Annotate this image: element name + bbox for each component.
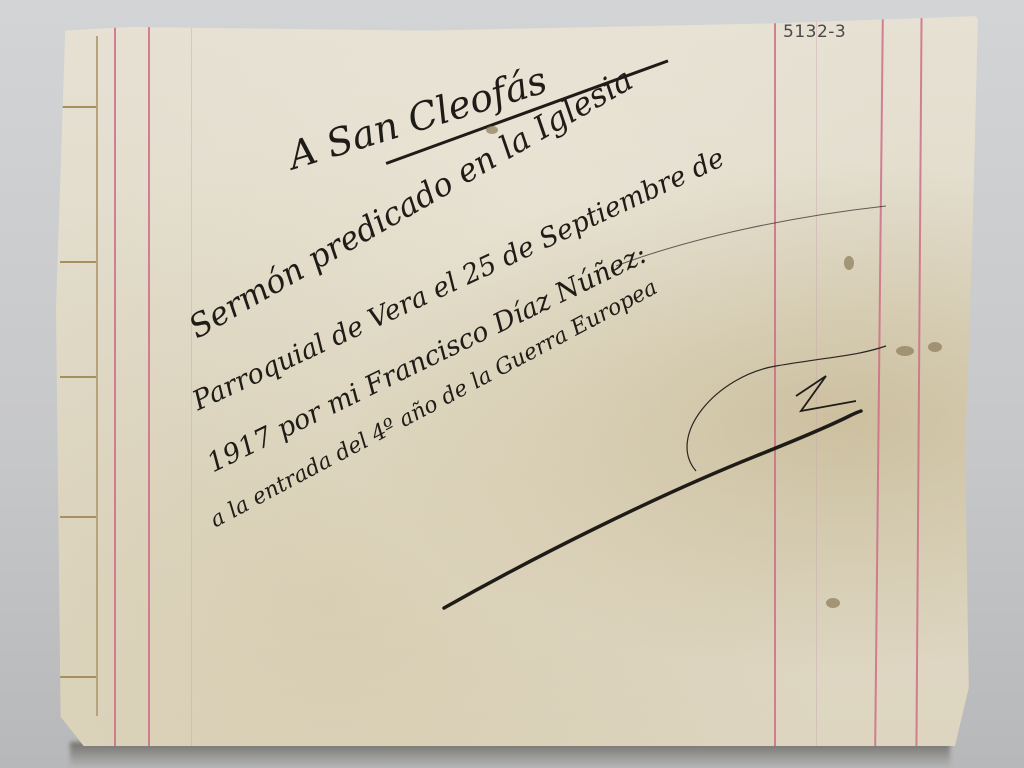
binding-stitch	[60, 261, 96, 263]
archive-number: 5132-3	[783, 22, 846, 42]
paper-hole	[844, 256, 854, 270]
margin-rule	[114, 16, 116, 746]
faint-rule	[816, 16, 817, 746]
binding-stitch	[60, 516, 96, 518]
sermon-line-4: a la entrada del 4º año de la Guerra Eur…	[206, 275, 661, 533]
binding-stitch	[60, 676, 96, 678]
margin-rule	[774, 16, 776, 746]
margin-rule	[874, 16, 883, 746]
binding-stitch	[60, 376, 96, 378]
binding-stitch	[60, 106, 96, 108]
paper-hole	[896, 346, 914, 356]
stitched-binding	[60, 36, 98, 716]
margin-rule	[148, 16, 150, 746]
faint-rule	[191, 16, 192, 746]
document-page: 5132-3 A San Cleofás Sermón predicado en…	[56, 16, 978, 746]
paper-hole	[928, 342, 942, 352]
margin-rule	[915, 16, 922, 746]
paper-hole	[826, 598, 840, 608]
paper-hole	[486, 126, 498, 134]
